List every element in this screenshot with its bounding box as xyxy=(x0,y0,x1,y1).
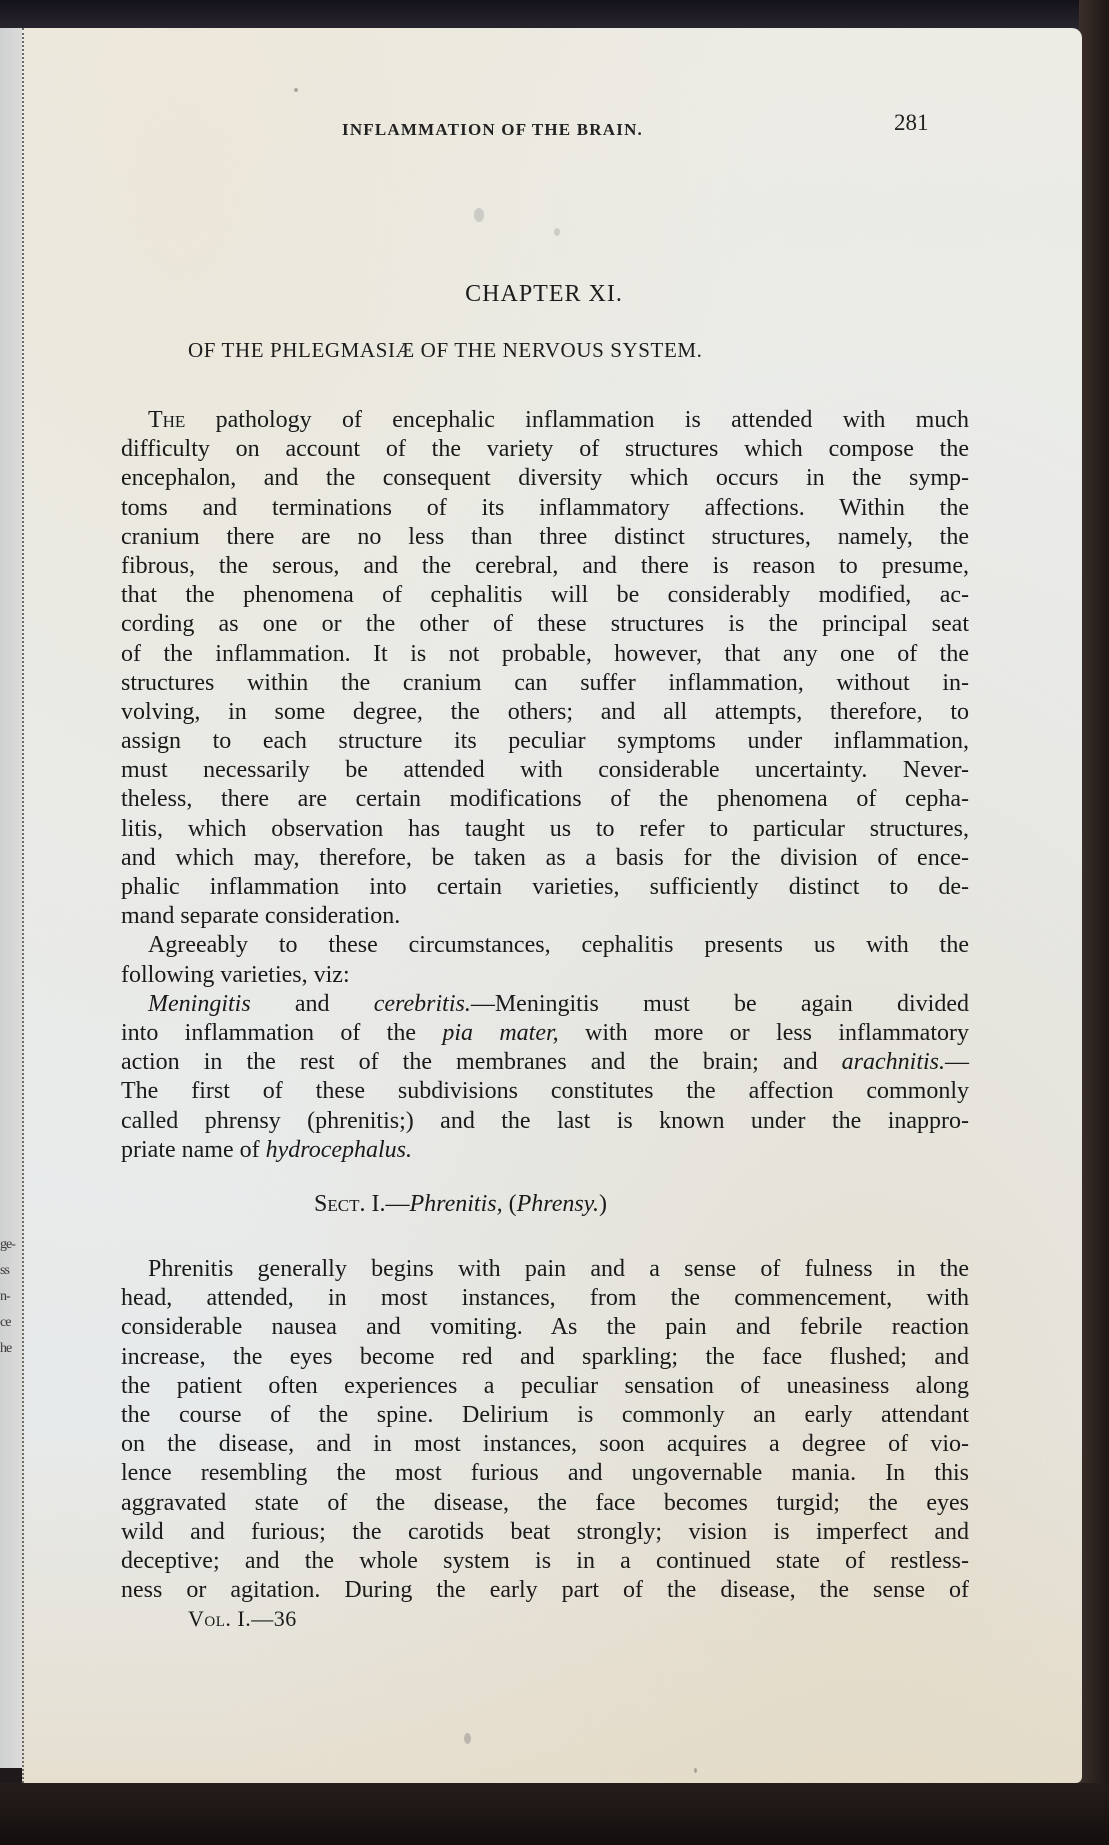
text-line: cording as one or the other of these str… xyxy=(121,610,969,639)
text-line: litis, which observation has taught us t… xyxy=(121,815,969,844)
book-cover-edge xyxy=(1079,0,1109,1845)
adjacent-page-fragment: ss xyxy=(0,1264,24,1278)
section-heading: Sect. I.—Phrenitis, (Phrensy.) xyxy=(314,1191,607,1218)
book-binding-top xyxy=(0,0,1109,30)
text-line: called phrensy (phrenitis;) and the last… xyxy=(121,1107,969,1136)
book-page: INFLAMMATION OF THE BRAIN. 281 CHAPTER X… xyxy=(22,28,1082,1783)
paragraph-intro: The pathology of encephalic inflammation… xyxy=(121,406,969,1165)
text-line: on the disease, and in most instances, s… xyxy=(121,1430,969,1459)
text-line: The first of these subdivisions constitu… xyxy=(121,1077,969,1106)
chapter-subtitle: OF THE PHLEGMASIÆ OF THE NERVOUS SYSTEM. xyxy=(188,338,703,363)
volume-signature: Vol. I.—36 xyxy=(188,1606,297,1632)
chapter-title: CHAPTER XI. xyxy=(24,281,1064,308)
adjacent-page-fragment: ge- xyxy=(0,1238,24,1252)
adjacent-page-fragment: he xyxy=(0,1342,24,1356)
paper-speck xyxy=(294,88,298,92)
text-line: ness or agitation. During the early part… xyxy=(121,1576,969,1605)
text-line: phalic inflammation into certain varieti… xyxy=(121,873,969,902)
text-line: action in the rest of the membranes and … xyxy=(121,1048,969,1077)
text-line: head, attended, in most instances, from … xyxy=(121,1284,969,1313)
adjacent-page-fragment: ce xyxy=(0,1316,24,1330)
paragraph-phrenitis: Phrenitis generally begins with pain and… xyxy=(121,1255,969,1605)
paper-speck xyxy=(474,208,484,222)
paper-speck xyxy=(694,1768,697,1773)
paper-speck xyxy=(464,1733,471,1744)
text-line: wild and furious; the carotids beat stro… xyxy=(121,1518,969,1547)
text-line: fibrous, the serous, and the cerebral, a… xyxy=(121,552,969,581)
text-line: encephalon, and the consequent diversity… xyxy=(121,464,969,493)
text-line: aggravated state of the disease, the fac… xyxy=(121,1489,969,1518)
text-line: lence resembling the most furious and un… xyxy=(121,1459,969,1488)
text-line: increase, the eyes become red and sparkl… xyxy=(121,1343,969,1372)
text-line: must necessarily be attended with consid… xyxy=(121,756,969,785)
text-line: that the phenomena of cephalitis will be… xyxy=(121,581,969,610)
book-binding-bottom xyxy=(0,1783,1109,1845)
text-line: cranium there are no less than three dis… xyxy=(121,523,969,552)
text-line: Meningitis and cerebritis.—Meningitis mu… xyxy=(121,990,969,1019)
adjacent-page-sliver: ge- ss n- ce he xyxy=(0,28,24,1768)
running-head: INFLAMMATION OF THE BRAIN. xyxy=(342,120,643,140)
text-line: considerable nausea and vomiting. As the… xyxy=(121,1313,969,1342)
lead-word: The xyxy=(148,407,185,433)
paper-speck xyxy=(554,228,560,236)
text-line: Phrenitis generally begins with pain and… xyxy=(121,1255,969,1284)
text-line: Agreeably to these circumstances, cephal… xyxy=(121,931,969,960)
text-line: The pathology of encephalic inflammation… xyxy=(121,406,969,435)
text-line: the course of the spine. Delirium is com… xyxy=(121,1401,969,1430)
text-line: of the inflammation. It is not probable,… xyxy=(121,640,969,669)
text-line: structures within the cranium can suffer… xyxy=(121,669,969,698)
text-line: toms and terminations of its inflammator… xyxy=(121,494,969,523)
text-line: deceptive; and the whole system is in a … xyxy=(121,1547,969,1576)
text-line: theless, there are certain modifications… xyxy=(121,785,969,814)
text-line: priate name of hydrocephalus. xyxy=(121,1136,969,1165)
text-line: difficulty on account of the variety of … xyxy=(121,435,969,464)
text-line: following varieties, viz: xyxy=(121,961,969,990)
text-line: assign to each structure its peculiar sy… xyxy=(121,727,969,756)
text-line: into inflammation of the pia mater, with… xyxy=(121,1019,969,1048)
text-line: and which may, therefore, be taken as a … xyxy=(121,844,969,873)
text-line: mand separate consideration. xyxy=(121,902,969,931)
text-line: the patient often experiences a peculiar… xyxy=(121,1372,969,1401)
text-line: volving, in some degree, the others; and… xyxy=(121,698,969,727)
page-number: 281 xyxy=(894,110,929,136)
adjacent-page-fragment: n- xyxy=(0,1290,24,1304)
